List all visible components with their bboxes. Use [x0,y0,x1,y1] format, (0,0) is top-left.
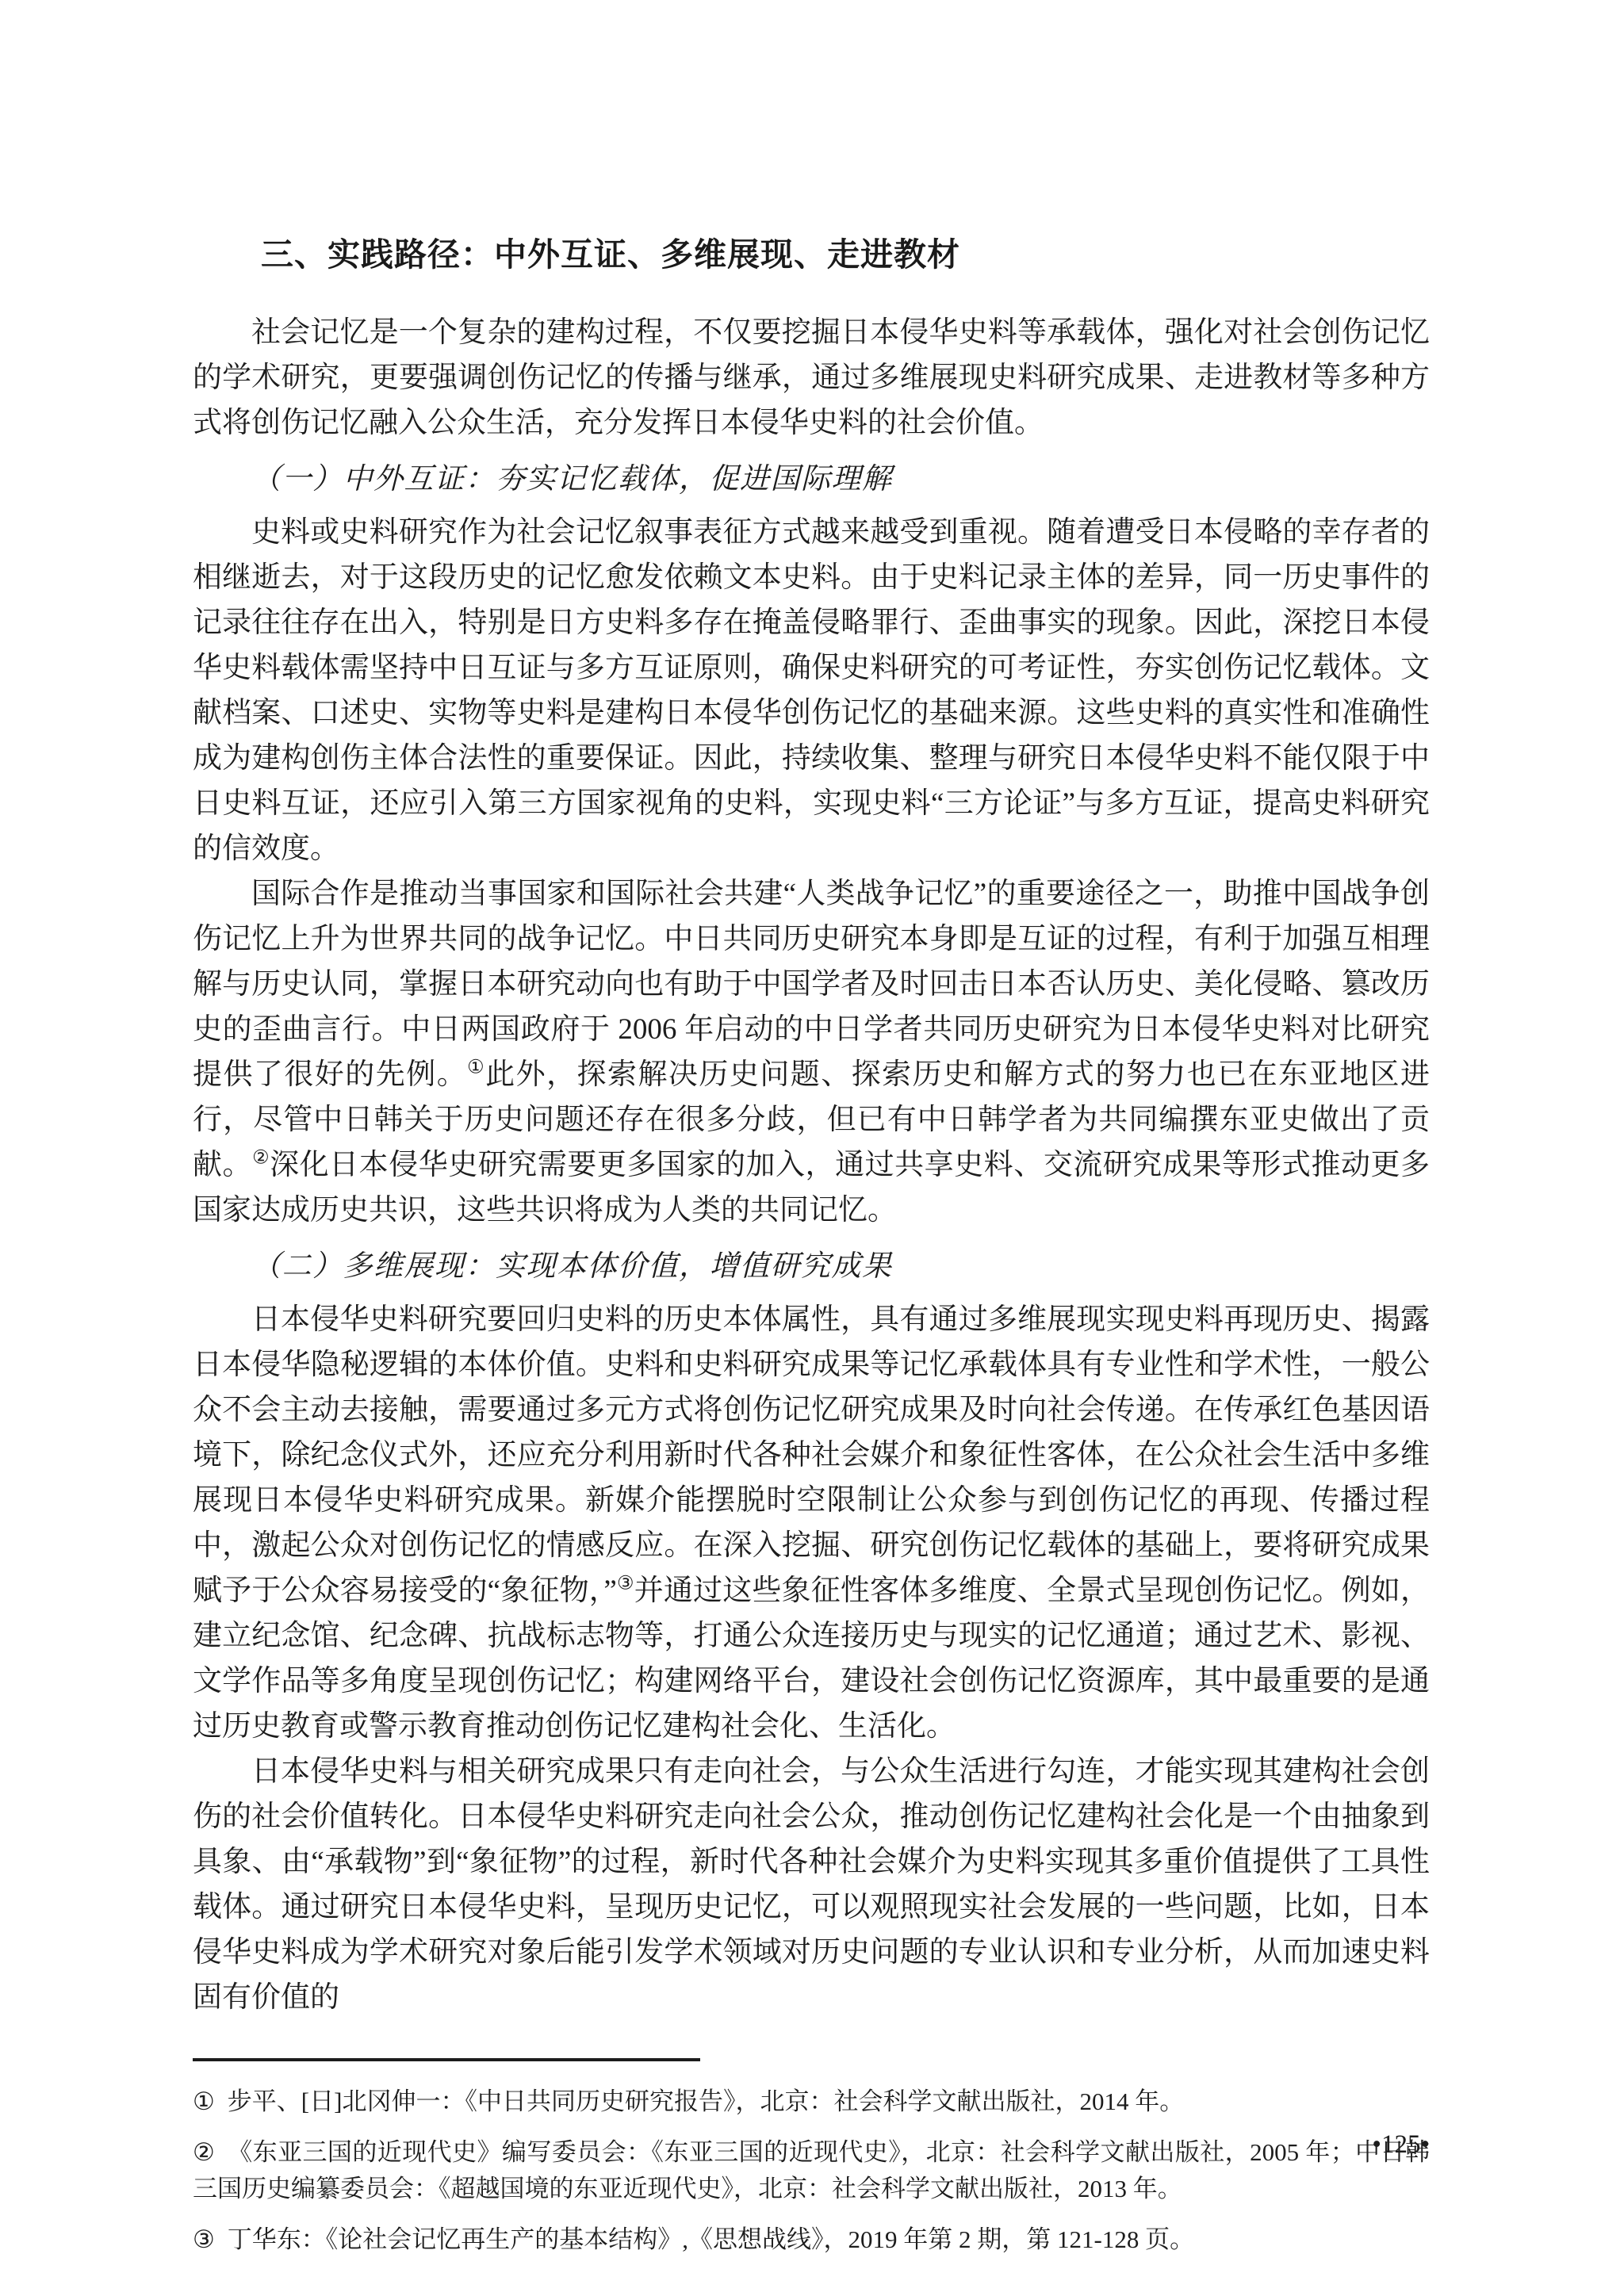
footnote-3: ③丁华东：《论社会记忆再生产的基本结构》,《思想战线》，2019 年第 2 期，… [193,2221,1430,2258]
footnote-2: ②《东亚三国的近现代史》编写委员会：《东亚三国的近现代史》，北京：社会科学文献出… [193,2134,1430,2207]
footnote-3-marker: ③ [193,2225,215,2253]
paragraph-text-segment: 深化日本侵华史研究需要更多国家的加入，通过共享史料、交流研究成果等形式推动更多国… [193,1149,1430,1226]
footnote-3-text: 丁华东：《论社会记忆再生产的基本结构》,《思想战线》，2019 年第 2 期，第… [228,2225,1194,2253]
intro-paragraph: 社会记忆是一个复杂的建构过程，不仅要挖掘日本侵华史料等承载体，强化对社会创伤记忆… [193,310,1430,446]
subsection-1-heading: （一）中外互证：夯实记忆载体，促进国际理解 [193,457,1430,502]
footnote-2-text: 《东亚三国的近现代史》编写委员会：《东亚三国的近现代史》，北京：社会科学文献出版… [193,2138,1430,2202]
journal-page: 三、实践路径：中外互证、多维展现、走进教材 社会记忆是一个复杂的建构过程，不仅要… [0,0,1624,2296]
page-number: •125• [1372,2130,1430,2160]
footnote-ref-3: ③ [617,1574,634,1594]
footnote-separator-rule [193,2058,700,2061]
footnote-1-text: 步平、[日]北冈伸一：《中日共同历史研究报告》，北京：社会科学文献出版社，201… [228,2087,1184,2115]
subsection-1-paragraph-2: 国际合作是推动当事国家和国际社会共建“人类战争记忆”的重要途径之一，助推中国战争… [193,871,1430,1233]
footnote-ref-1: ① [467,1058,485,1078]
subsection-2-heading: （二）多维展现：实现本体价值，增值研究成果 [193,1244,1430,1289]
paragraph-text-segment: 日本侵华史料研究要回归史料的历史本体属性，具有通过多维展现实现史料再现历史、揭露… [193,1303,1430,1607]
footnote-1: ①步平、[日]北冈伸一：《中日共同历史研究报告》，北京：社会科学文献出版社，20… [193,2084,1430,2120]
footnote-1-marker: ① [193,2087,215,2115]
section-heading: 三、实践路径：中外互证、多维展现、走进教材 [193,235,1430,275]
subsection-2-paragraph-2: 日本侵华史料与相关研究成果只有走向社会，与公众生活进行勾连，才能实现其建构社会创… [193,1749,1430,2020]
subsection-2-paragraph-1: 日本侵华史料研究要回归史料的历史本体属性，具有通过多维展现实现史料再现历史、揭露… [193,1297,1430,1749]
footnote-area: ①步平、[日]北冈伸一：《中日共同历史研究报告》，北京：社会科学文献出版社，20… [193,2058,1430,2258]
subsection-1-paragraph-1: 史料或史料研究作为社会记忆叙事表征方式越来越受到重视。随着遭受日本侵略的幸存者的… [193,510,1430,871]
footnote-ref-2: ② [252,1148,270,1169]
footnote-2-marker: ② [193,2138,215,2166]
